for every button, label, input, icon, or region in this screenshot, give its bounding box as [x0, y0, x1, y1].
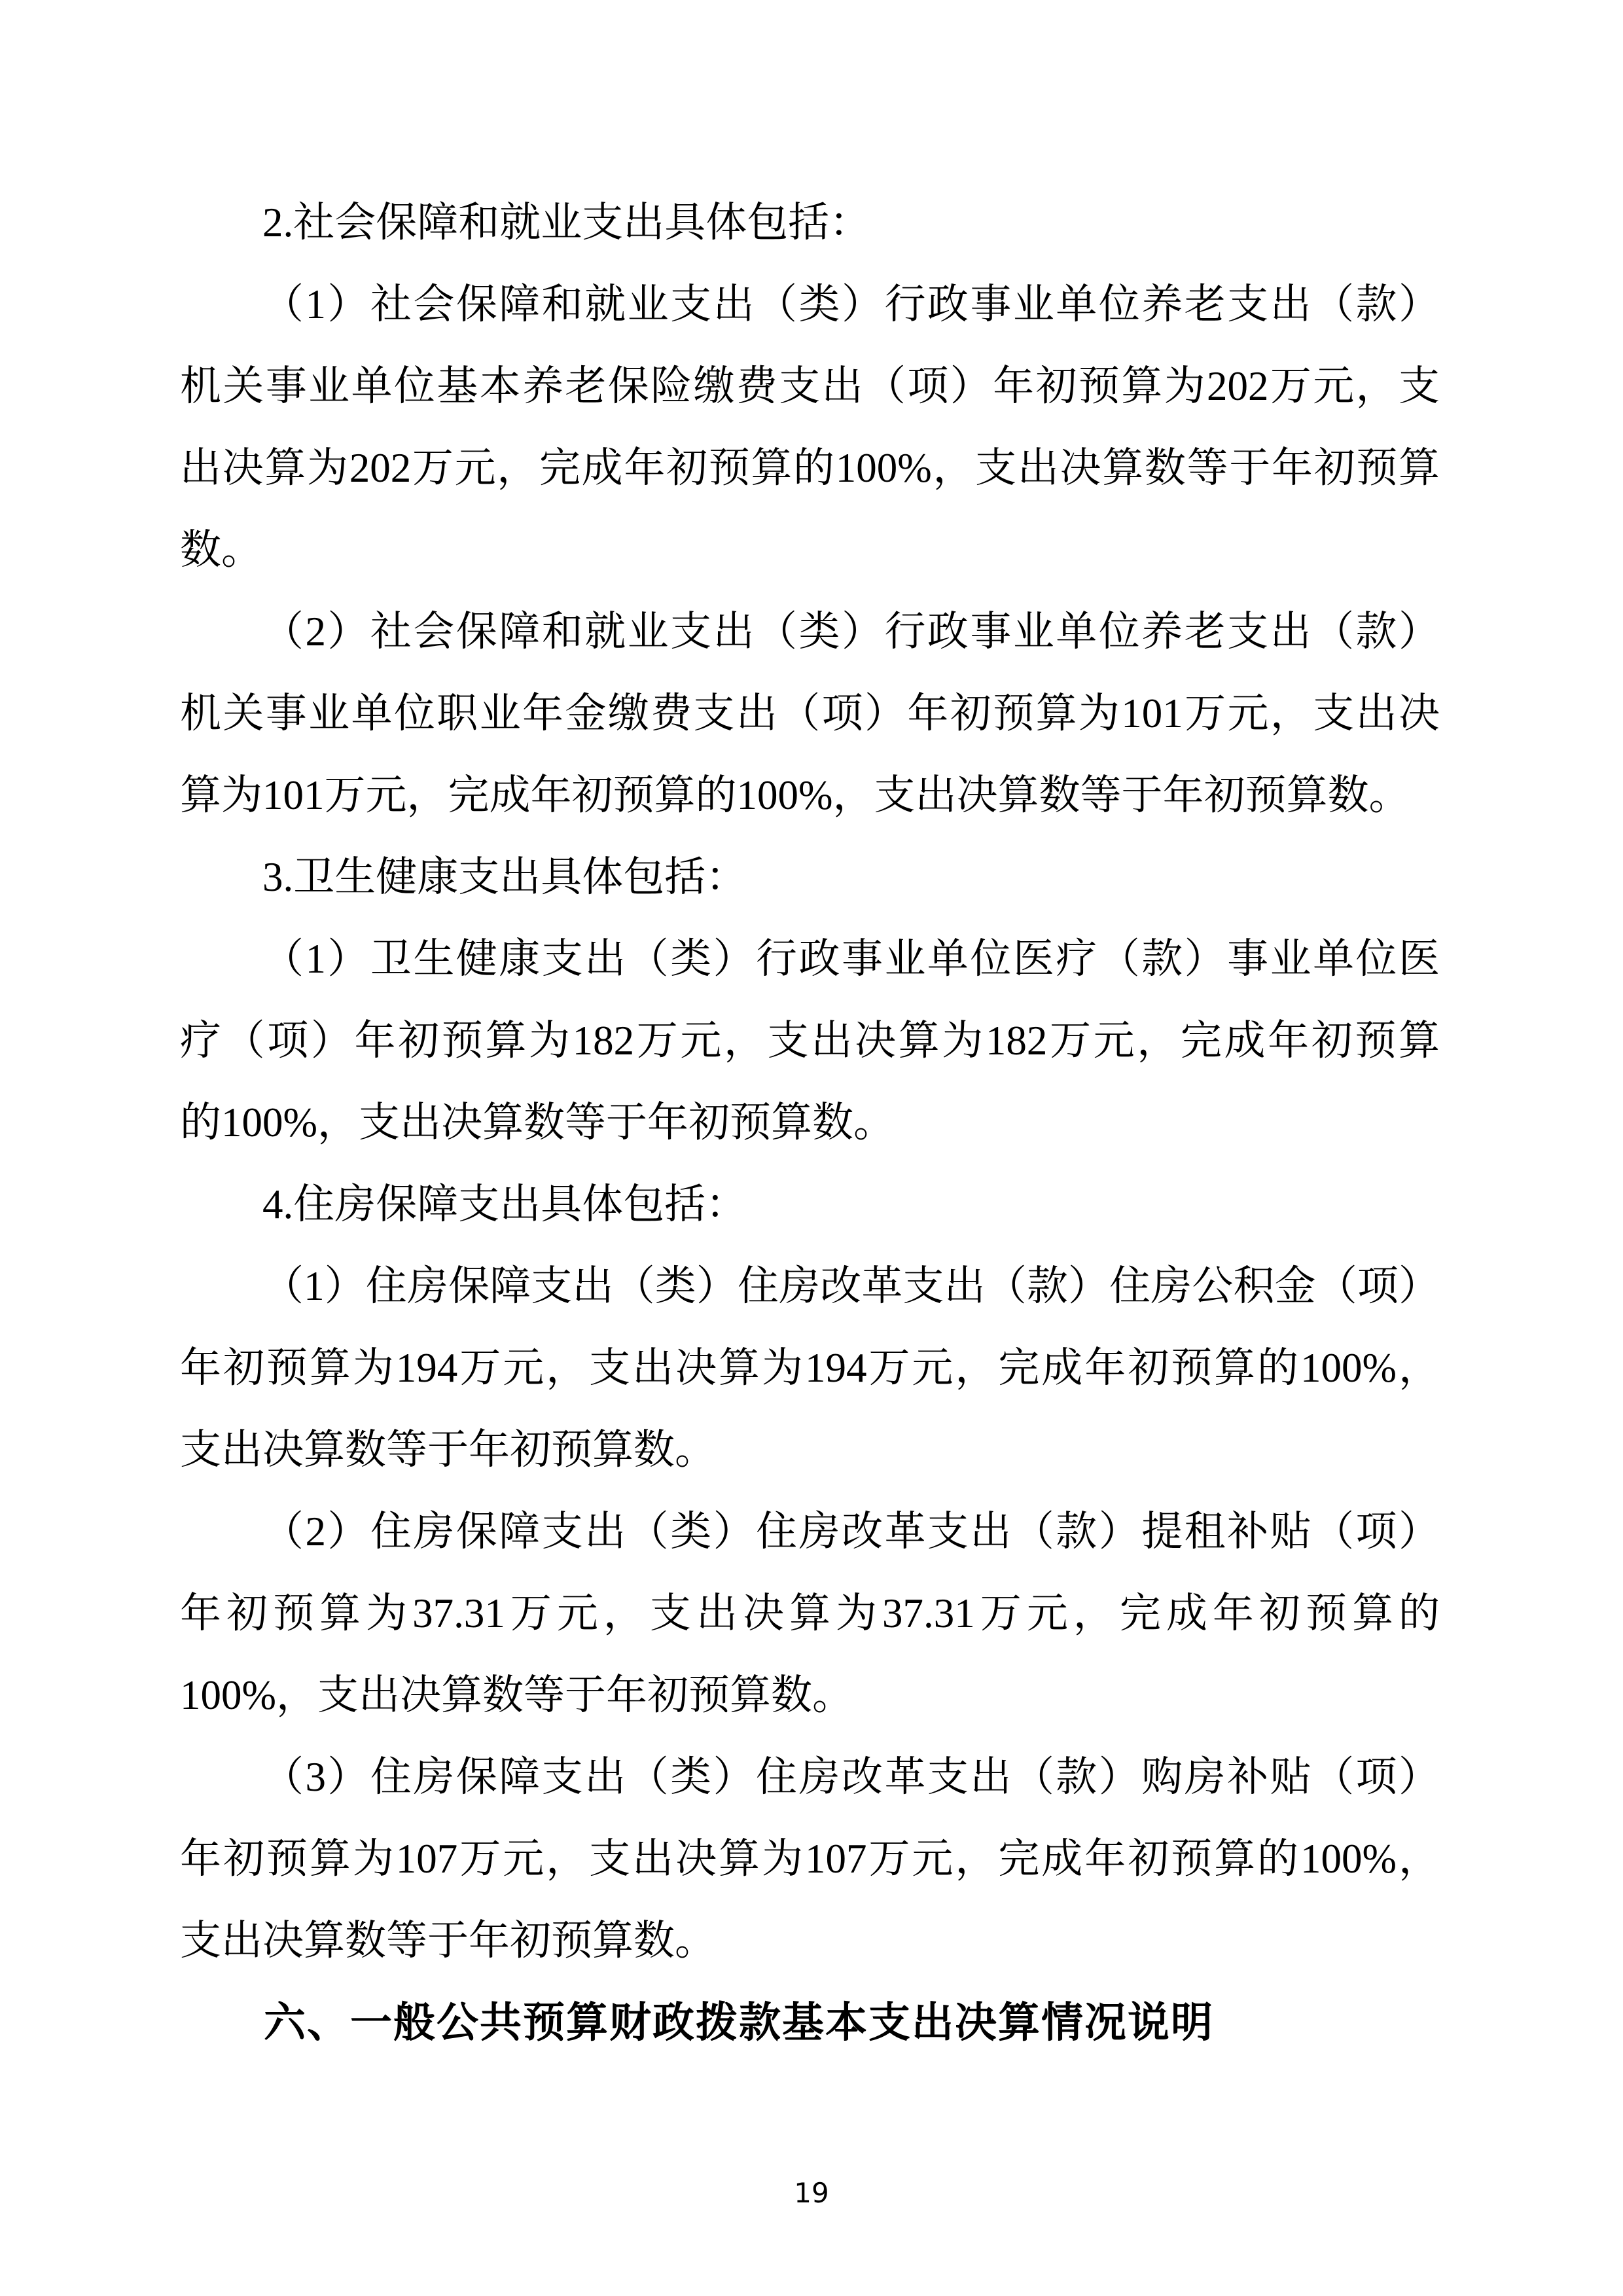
text-line: 3.卫生健康支出具体包括：: [180, 836, 1440, 918]
text-line: （3）住房保障支出（类）住房改革支出（款）购房补贴（项）: [180, 1736, 1440, 1818]
section-heading: 六、一般公共预算财政拨款基本支出决算情况说明: [180, 1982, 1440, 2064]
page-number: 19: [794, 2177, 829, 2209]
text-line: （1）住房保障支出（类）住房改革支出（款）住房公积金（项）: [180, 1246, 1440, 1327]
text-line: （1）卫生健康支出（类）行政事业单位医疗（款）事业单位医: [180, 918, 1440, 1000]
text-line: 年初预算为194万元，支出决算为194万元，完成年初预算的100%，: [180, 1327, 1440, 1409]
text-line: 出决算为202万元，完成年初预算的100%，支出决算数等于年初预算: [180, 427, 1440, 509]
text-line: 支出决算数等于年初预算数。: [180, 1409, 1440, 1491]
text-line: 数。: [180, 509, 1440, 591]
document-body: 2.社会保障和就业支出具体包括： （1）社会保障和就业支出（类）行政事业单位养老…: [180, 182, 1440, 2064]
text-line: 2.社会保障和就业支出具体包括：: [180, 182, 1440, 264]
text-line: （1）社会保障和就业支出（类）行政事业单位养老支出（款）: [180, 264, 1440, 346]
page-footer: 19: [0, 2179, 1623, 2207]
text-line: 支出决算数等于年初预算数。: [180, 1900, 1440, 1982]
text-line: 年初预算为107万元，支出决算为107万元，完成年初预算的100%，: [180, 1818, 1440, 1900]
text-line: 机关事业单位职业年金缴费支出（项）年初预算为101万元，支出决: [180, 673, 1440, 755]
text-line: 疗（项）年初预算为182万元，支出决算为182万元，完成年初预算: [180, 1000, 1440, 1082]
text-line: 机关事业单位基本养老保险缴费支出（项）年初预算为202万元，支: [180, 346, 1440, 427]
text-line: 4.住房保障支出具体包括：: [180, 1164, 1440, 1246]
text-line: （2）住房保障支出（类）住房改革支出（款）提租补贴（项）: [180, 1491, 1440, 1573]
text-line: （2）社会保障和就业支出（类）行政事业单位养老支出（款）: [180, 591, 1440, 673]
text-line: 100%，支出决算数等于年初预算数。: [180, 1655, 1440, 1736]
text-line: 年初预算为37.31万元，支出决算为37.31万元，完成年初预算的: [180, 1573, 1440, 1655]
text-line: 的100%，支出决算数等于年初预算数。: [180, 1082, 1440, 1164]
text-line: 算为101万元，完成年初预算的100%，支出决算数等于年初预算数。: [180, 755, 1440, 836]
document-page: 2.社会保障和就业支出具体包括： （1）社会保障和就业支出（类）行政事业单位养老…: [0, 0, 1623, 2296]
